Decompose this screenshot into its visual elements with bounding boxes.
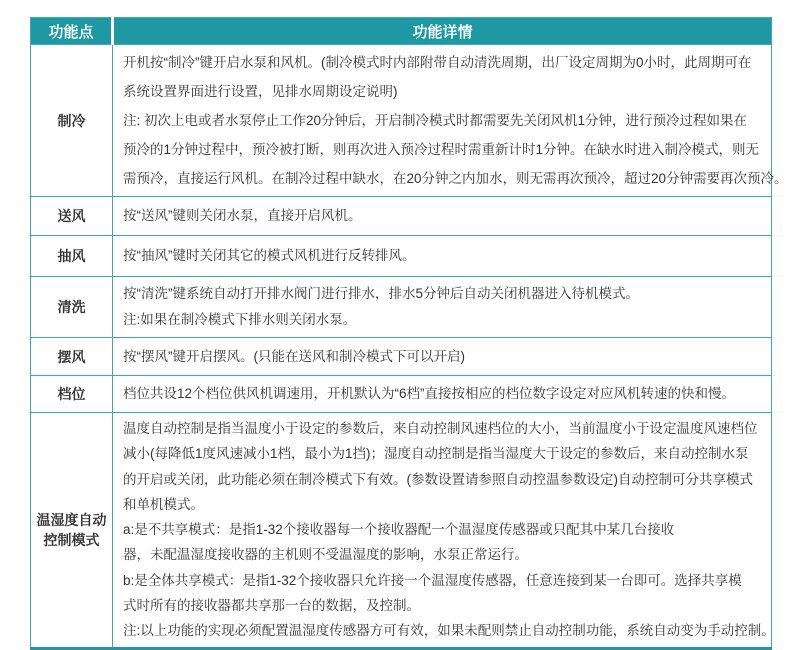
detail-line: 注:以上功能的实现必须配置温湿度传感器方可有效，如果未配则禁止自动控制功能，系统… [123, 618, 765, 643]
detail-line: 按“摆风”键开启摆风。(只能在送风和制冷模式下可以开启) [123, 344, 765, 370]
function-detail-cell: 按“清洗”键系统自动打开排水阀门进行排水，排水5分钟后自动关闭机器进入待机模式。… [113, 277, 772, 338]
detail-line: 需预冷，直接运行风机。在制冷过程中缺水，在20分钟之内加水，则无需再次预冷，超过… [123, 164, 765, 193]
function-detail-cell: 档位共设12个档位供风机调速用，开机默认为“6档”直接按相应的档位数字设定对应风… [113, 376, 772, 413]
function-detail-cell: 温度自动控制是指当温度小于设定的参数后，来自动控制风速档位的大小，当前温度小于设… [113, 413, 772, 649]
detail-line: 系统设置界面进行设置，见排水周期设定说明) [123, 77, 765, 106]
table-header-row: 功能点 功能详情 [31, 18, 772, 45]
table-row: 温湿度自动 控制模式温度自动控制是指当温度小于设定的参数后，来自动控制风速档位的… [31, 413, 772, 649]
function-detail-cell: 按“送风”键则关闭水泵，直接开启风机。 [113, 197, 772, 236]
function-name-label: 清洗 [31, 277, 113, 338]
function-name-label: 送风 [31, 197, 113, 236]
detail-line: 按“抽风”键时关闭其它的模式风机进行反转排风。 [123, 243, 765, 269]
table-row: 清洗按“清洗”键系统自动打开排水阀门进行排水，排水5分钟后自动关闭机器进入待机模… [31, 277, 772, 338]
detail-line: 注: 初次上电或者水泵停止工作20分钟后，开启制冷模式时都需要先关闭风机1分钟，… [123, 106, 765, 135]
function-name-label: 抽风 [31, 236, 113, 277]
manual-page: 功能点 功能详情 制冷开机按“制冷”键开启水泵和风机。(制冷模式时内部附带自动清… [30, 17, 772, 650]
function-name-label: 摆风 [31, 338, 113, 376]
function-detail-cell: 按“摆风”键开启摆风。(只能在送风和制冷模式下可以开启) [113, 338, 772, 376]
detail-line: 和单机模式。 [123, 492, 765, 517]
detail-line: b:是全体共享模式：是指1-32个接收器只允许接一个温湿度传感器，任意连接到某一… [123, 568, 765, 593]
function-detail-cell: 按“抽风”键时关闭其它的模式风机进行反转排风。 [113, 236, 772, 277]
detail-line: 温度自动控制是指当温度小于设定的参数后，来自动控制风速档位的大小，当前温度小于设… [123, 416, 765, 441]
function-name-label: 温湿度自动 控制模式 [31, 413, 113, 649]
detail-line: 按“送风”键则关闭水泵，直接开启风机。 [123, 203, 765, 229]
detail-line: 注:如果在制冷模式下排水则关闭水泵。 [123, 307, 765, 333]
detail-line: 预冷的1分钟过程中，预冷被打断，则再次进入预冷过程时需重新计时1分钟。在缺水时进… [123, 135, 765, 164]
table-row: 摆风按“摆风”键开启摆风。(只能在送风和制冷模式下可以开启) [31, 338, 772, 376]
function-name-label: 制冷 [31, 45, 113, 197]
detail-line: 式时所有的接收器都共享那一台的数据，及控制。 [123, 593, 765, 618]
function-name-label: 档位 [31, 376, 113, 413]
table-row: 抽风按“抽风”键时关闭其它的模式风机进行反转排风。 [31, 236, 772, 277]
detail-line: 的开启或关闭，此功能必须在制冷模式下有效。(参数设置请参照自动控温参数设定)自动… [123, 467, 765, 492]
detail-line: 开机按“制冷”键开启水泵和风机。(制冷模式时内部附带自动清洗周期，出厂设定周期为… [123, 48, 765, 77]
detail-line: 减小(每降低1度风速减小1档，最小为1挡)；湿度自动控制是指当湿度大于设定的参数… [123, 441, 765, 466]
function-table: 功能点 功能详情 制冷开机按“制冷”键开启水泵和风机。(制冷模式时内部附带自动清… [30, 17, 772, 650]
header-function-point: 功能点 [31, 18, 113, 45]
table-row: 档位档位共设12个档位供风机调速用，开机默认为“6档”直接按相应的档位数字设定对… [31, 376, 772, 413]
detail-line: 器，未配温湿度接收器的主机则不受温湿度的影响，水泵正常运行。 [123, 542, 765, 567]
detail-line: a:是不共享模式：是指1-32个接收器每一个接收器配一个温湿度传感器或只配其中某… [123, 517, 765, 542]
function-detail-cell: 开机按“制冷”键开启水泵和风机。(制冷模式时内部附带自动清洗周期，出厂设定周期为… [113, 45, 772, 197]
table-row: 送风按“送风”键则关闭水泵，直接开启风机。 [31, 197, 772, 236]
detail-line: 按“清洗”键系统自动打开排水阀门进行排水，排水5分钟后自动关闭机器进入待机模式。 [123, 281, 765, 307]
header-function-details: 功能详情 [113, 18, 772, 45]
detail-line: 档位共设12个档位供风机调速用，开机默认为“6档”直接按相应的档位数字设定对应风… [123, 381, 765, 407]
table-row: 制冷开机按“制冷”键开启水泵和风机。(制冷模式时内部附带自动清洗周期，出厂设定周… [31, 45, 772, 197]
